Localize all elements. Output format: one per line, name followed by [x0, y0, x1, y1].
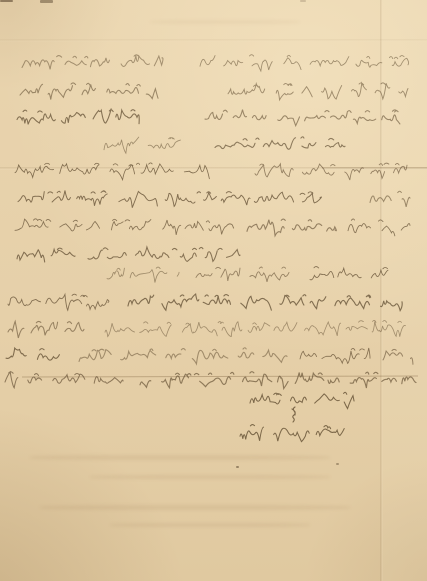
bleedthrough-smudge — [110, 523, 310, 527]
handwriting-segment: ของน้องจะเอามากัน — [348, 218, 410, 238]
signature-flourish — [286, 406, 302, 426]
bleedthrough-smudge — [150, 20, 300, 24]
handwriting-segment: สิ่งมาอยู่เหล็ก — [107, 266, 179, 286]
handwriting-segment: เพราะเอาความรู้ทุกอย่าง เป็นมารยาทดีตลอด… — [128, 292, 402, 313]
handwriting-segment: ผ้าห่มของน้อง — [104, 136, 186, 156]
handwriting-segment: เพราะนั้นจะต้องคุมเตรียมไว้ — [88, 246, 240, 266]
handwriting-segment: และจะมีหวังว่าจะเห็นเวลาทำหน้าที่นั้นเชื… — [140, 371, 416, 391]
fold-crease-horizontal-top — [0, 39, 427, 42]
handwriting-segment: ซึ่งจะเอาคลุมเต็ม — [247, 218, 335, 239]
handwriting-segment: ก็จริงอยู่ไม่มีเวลา เพราะมือเก่าไม่เก็บจ… — [205, 108, 405, 128]
bleedthrough-smudge — [90, 475, 330, 479]
handwriting-segment: ที่เขาไว้ชักไม่สะดวกของจะมามีๆ — [255, 162, 407, 182]
bleedthrough-smudge — [40, 505, 350, 510]
handwriting-segment: สิ่งไทยมาเกิดๆ — [300, 347, 370, 368]
paper-speck — [236, 466, 239, 468]
handwriting-segment: ก็ไม่มีเรื่อง — [310, 266, 388, 286]
handwriting-segment: น้องหวังว่าอาจารย์ที่นั่น และซึ่งท่านชั้… — [105, 319, 411, 341]
handwriting-segment: ชื่อสมหวังชื่อไม่มีได้เมอ. — [5, 371, 123, 391]
scan-edge-speck — [0, 0, 13, 2]
handwriting-segment: ฉันมีผ้าหนึ่งและผ้าที่เก่าน้อย — [15, 217, 233, 238]
paper-speck — [336, 463, 339, 465]
handwriting-segment: อะไรๆ ค่าให้ที่ฟังชื่อเสียงเพิ่ม — [8, 293, 108, 314]
handwriting-segment: ก็ส่งเมื่อเอาความดีงามวางของที่. — [15, 161, 215, 182]
handwriting-segment: เอาที่ไม่นั้นเป็นว่าเป็นของเดิม. — [215, 136, 345, 156]
bleedthrough-smudge — [30, 455, 330, 460]
handwriting-segment: และชั้นว่าเท่าที่ขอฟัง มากันๆ ให้รวมกัน — [200, 53, 408, 74]
handwriting-segment: ก็ไม่ค่อยได้จดๆ ะๆ ไปเก็บเสียใหม่ — [228, 81, 408, 102]
handwriting-segment: น้องเกษมว่า ส่งสิ่งที่เหลือเสีย — [22, 54, 162, 75]
handwriting-segment: ให้น้อมเกษมฯ มาที่มารดา — [196, 266, 292, 286]
scan-edge-speck — [300, 0, 306, 2]
scan-edge-speck — [40, 0, 53, 3]
handwriting-segment: ของเดิมมือถอดลง ทั้งของน้องก็ได้ — [20, 82, 158, 102]
handwriting-segment: เอาที่ไว้ — [370, 190, 410, 210]
handwriting-segment: ด้วยมะ. — [6, 347, 62, 367]
handwriting-segment: ก็คนที่ส่งตรงที่นั่นเอง — [17, 108, 139, 129]
handwriting-segment: ผ้าหลายผืนยังดีกว่า ส่งมาก่อน และเก็บผ้า… — [18, 189, 320, 211]
handwriting-segment: เมื่อเอ่า — [383, 347, 413, 367]
handwriting-segment: คงจะเห็นในที่อื่นนั้นเป็นเช่นเผ — [79, 346, 287, 367]
signature-line: (ก) อาจหาญ — [240, 424, 350, 444]
signature-line: ขอ ส่งความรักมา — [250, 391, 354, 412]
handwriting-segment: คุมดุจอ. — [17, 246, 75, 266]
letter-page: น้องเกษมว่า ส่งสิ่งที่เหลือเสียและชั้นว่… — [0, 0, 427, 581]
handwriting-segment: ถึงป้องกัน. — [8, 320, 84, 340]
